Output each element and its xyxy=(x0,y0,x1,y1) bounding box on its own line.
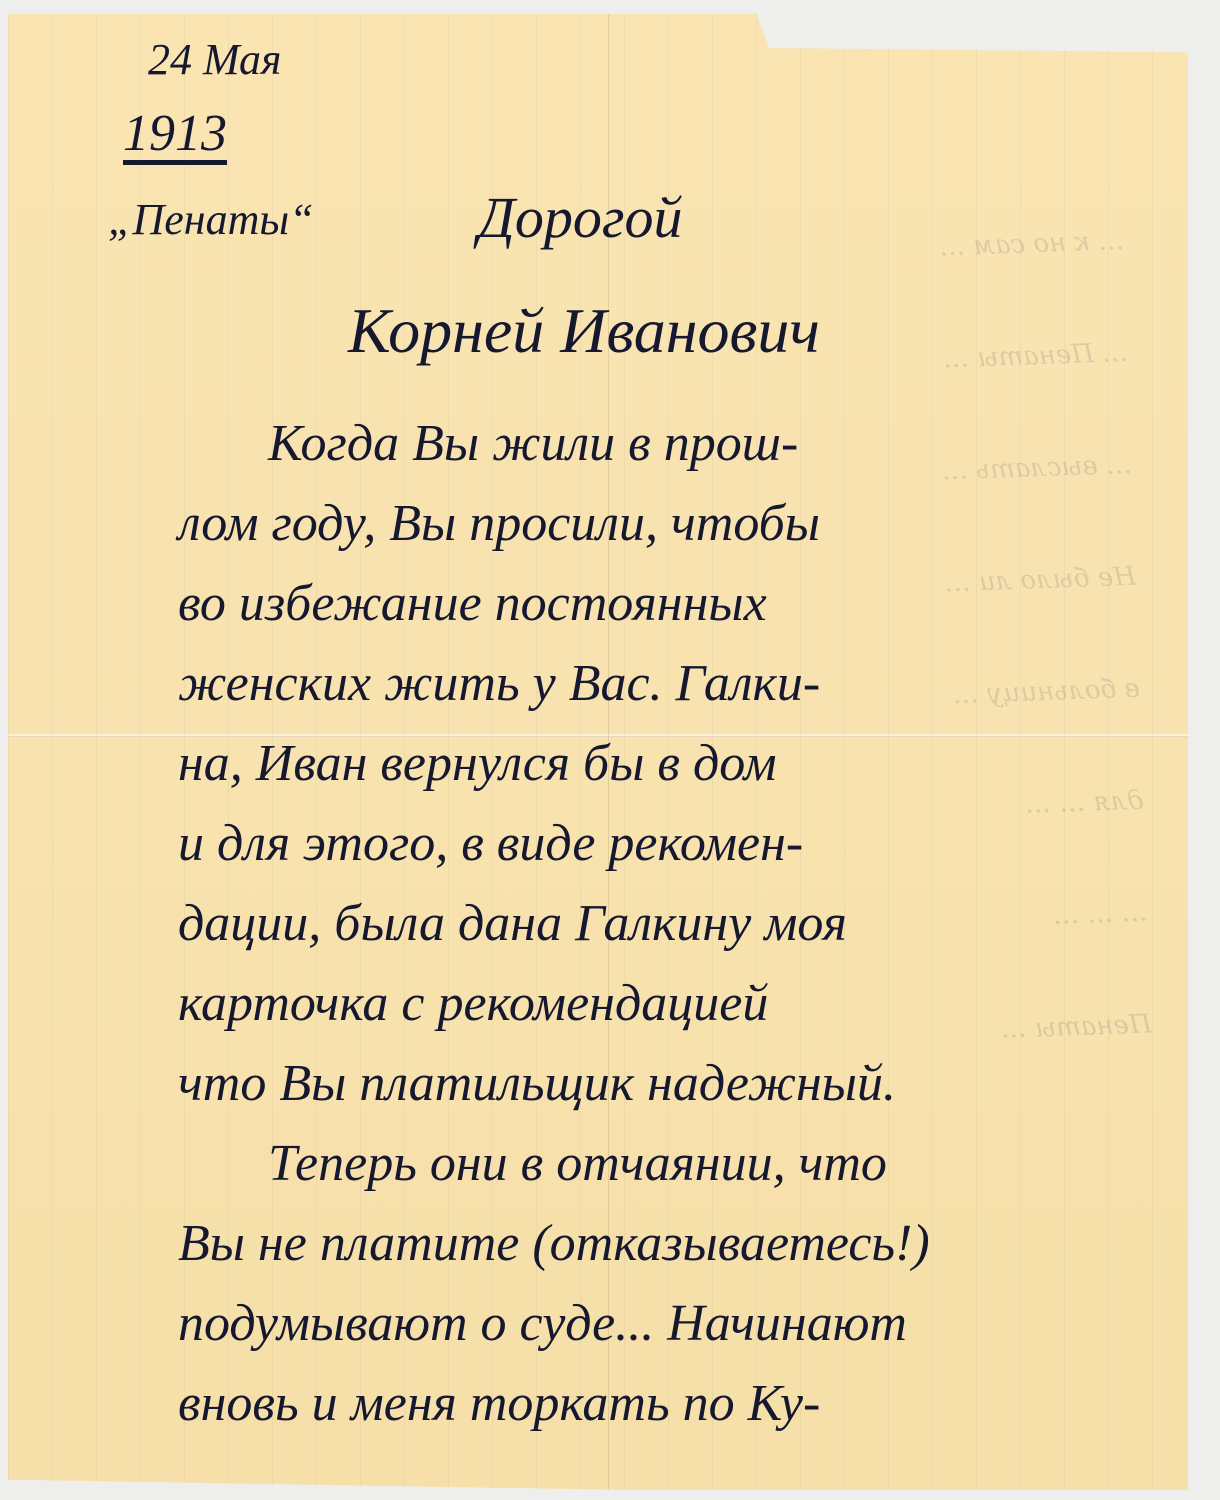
body-line: вновь и меня торкать по Ку- xyxy=(178,1364,1198,1444)
body-line: лом году, Вы просили, чтобы xyxy=(178,484,1198,564)
body-line: Вы не платите (отказываетесь!) xyxy=(178,1204,1198,1284)
body-line: что Вы платильщик надежный. xyxy=(178,1044,1198,1124)
body-line: на, Иван вернулся бы в дом xyxy=(178,724,1198,804)
salutation-greeting: Дорогой xyxy=(478,184,683,251)
body-line: во избежание постоянных xyxy=(178,564,1198,644)
letter-body: Когда Вы жили в прош- лом году, Вы проси… xyxy=(178,404,1198,1444)
body-line: карточка с рекомендацией xyxy=(178,964,1198,1044)
body-line: женских жить у Вас. Галки- xyxy=(178,644,1198,724)
salutation-name: Корней Иванович xyxy=(348,294,820,368)
letter-date-year: 1913 xyxy=(123,104,227,163)
letter-place: „Пенаты“ xyxy=(108,194,314,245)
letter-date-day: 24 Мая xyxy=(148,34,281,85)
body-line: дации, была дана Галкину моя xyxy=(178,884,1198,964)
body-line: Когда Вы жили в прош- xyxy=(178,404,1198,484)
body-line: подумывают о суде... Начинают xyxy=(178,1284,1198,1364)
body-line: и для этого, в виде рекомен- xyxy=(178,804,1198,884)
letter-paper: … к но сам … … Пенаты … … выслать … Не б… xyxy=(8,14,1188,1490)
body-line: Теперь они в отчаянии, что xyxy=(178,1124,1198,1204)
